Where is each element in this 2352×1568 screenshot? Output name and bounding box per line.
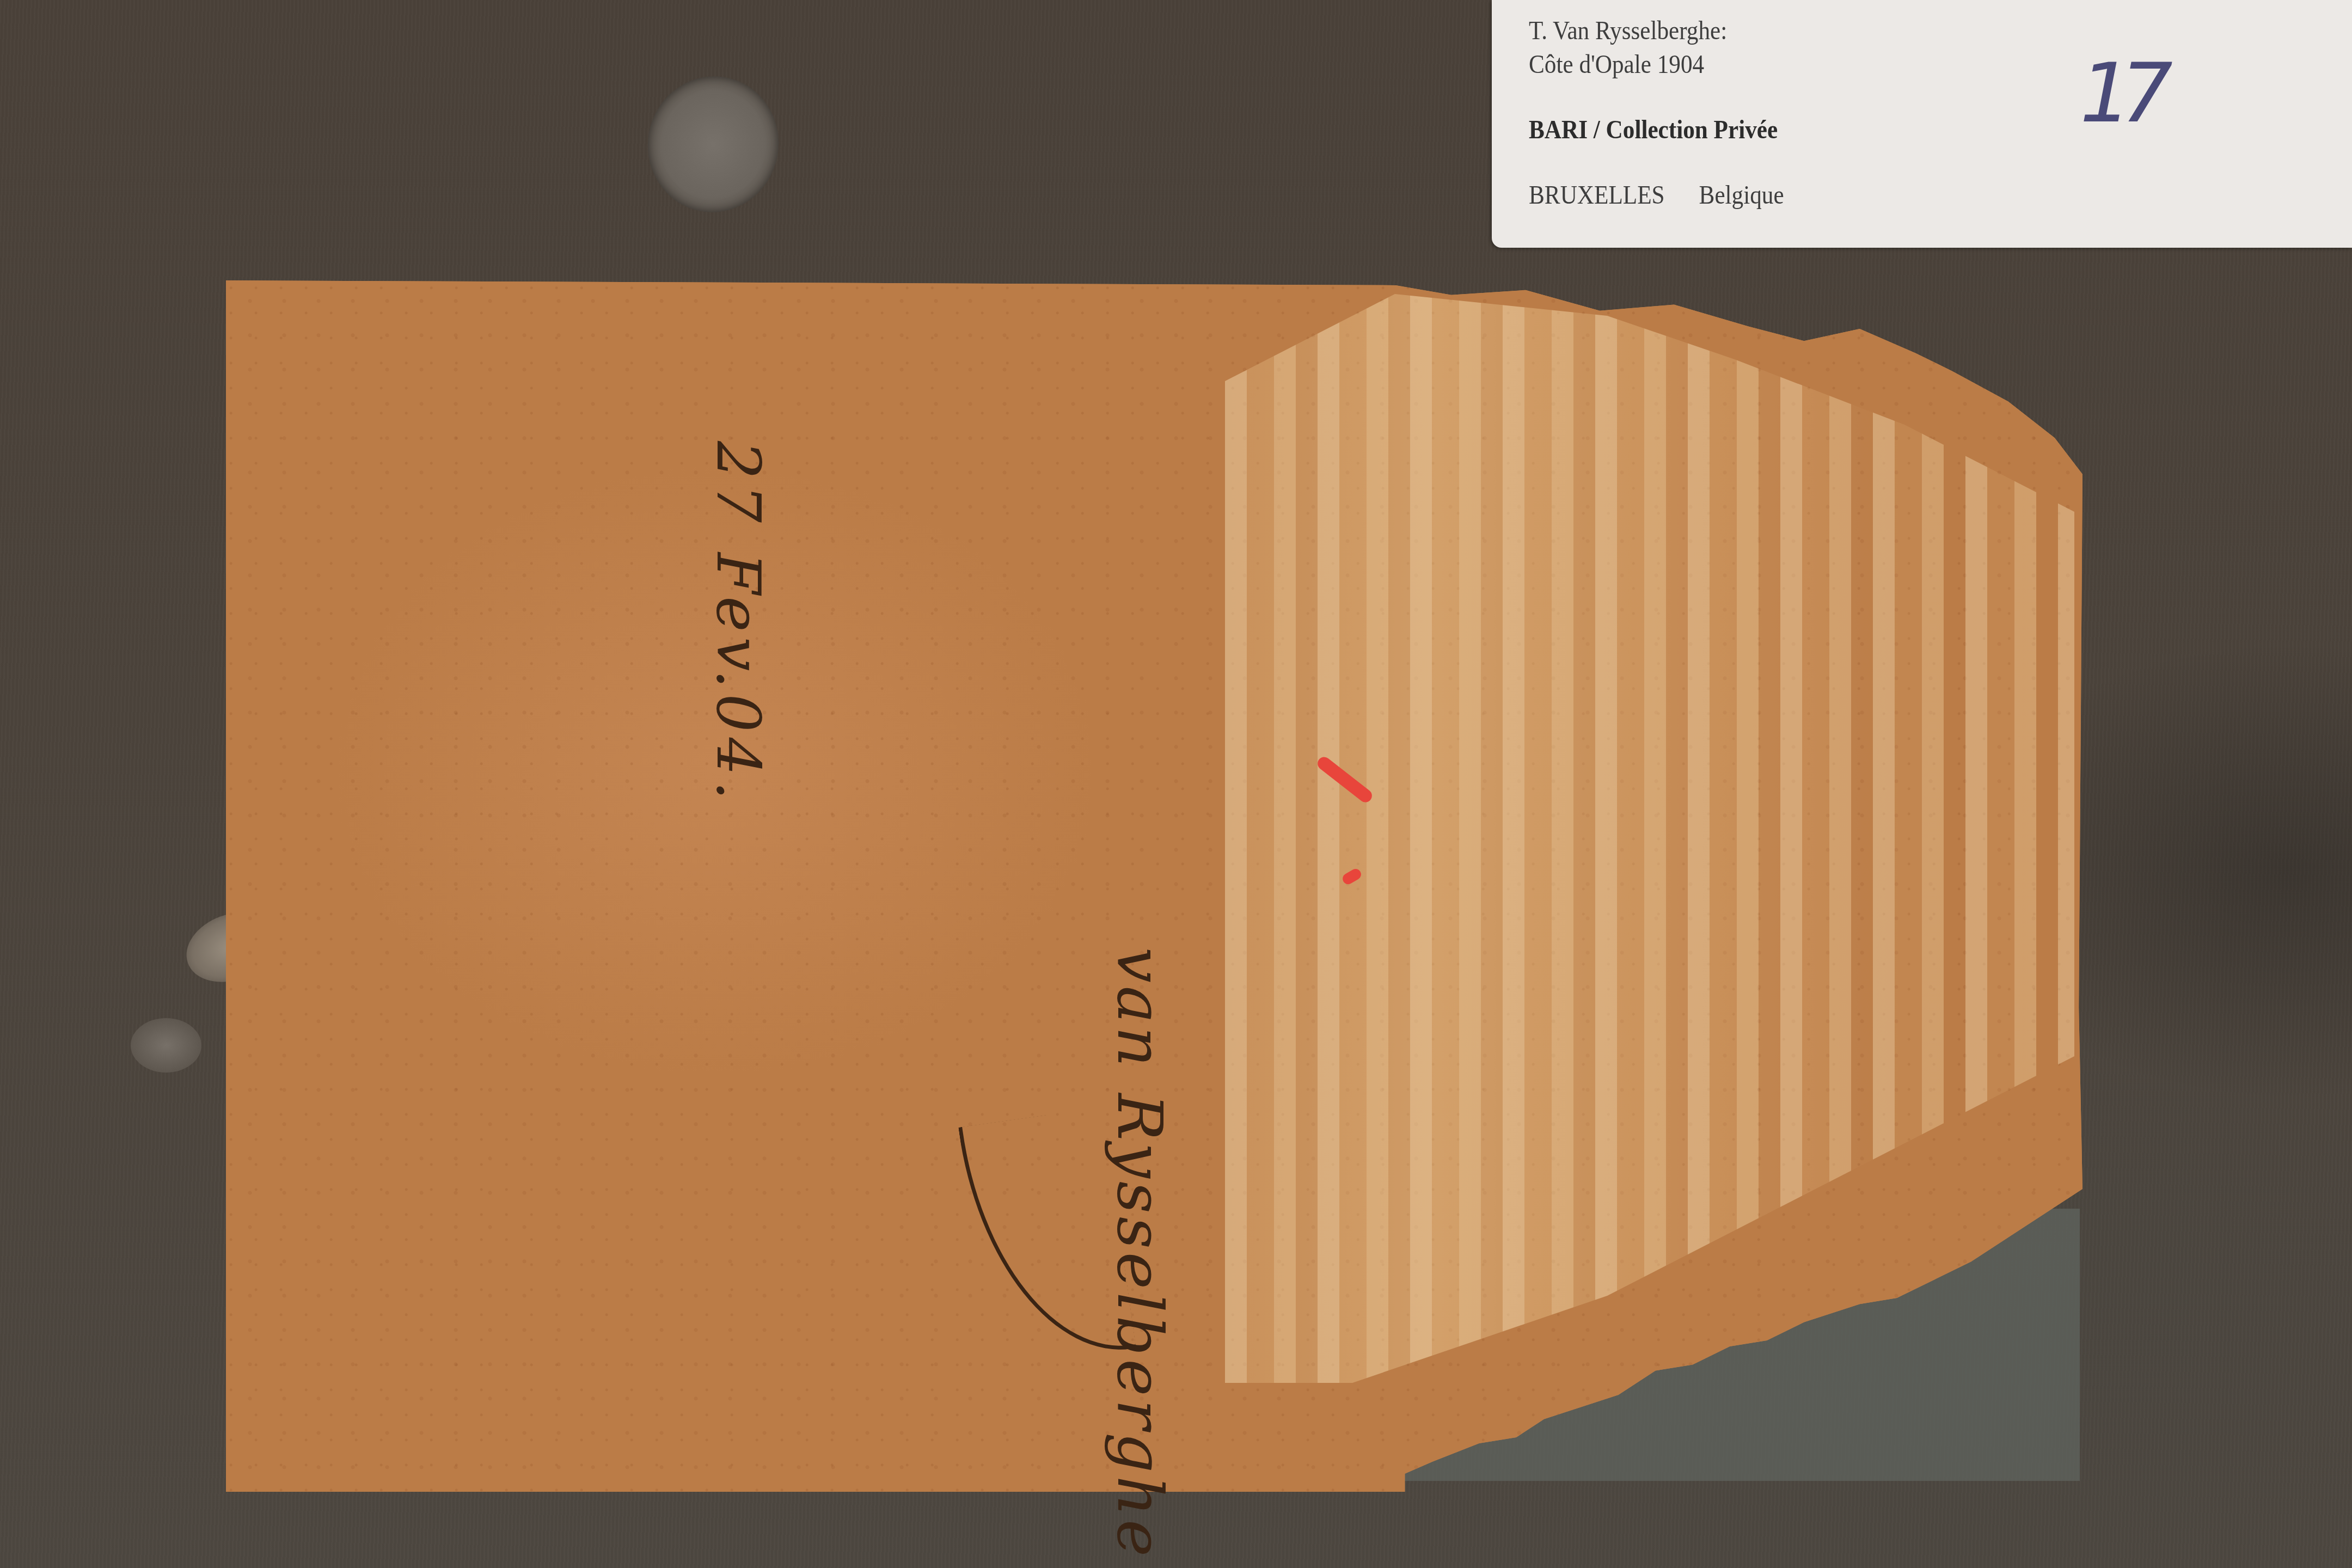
water-stain	[131, 1018, 201, 1073]
label-artist: T. Van Rysselberghe:	[1529, 18, 1727, 44]
handwritten-number: 17	[2080, 46, 2162, 141]
label-title-year: Côte d'Opale 1904	[1529, 52, 1704, 78]
label-country: Belgique	[1699, 181, 1784, 210]
date-inscription: 27 Fev.04.	[703, 441, 773, 805]
collection-label: T. Van Rysselberghe: Côte d'Opale 1904 B…	[1492, 0, 2352, 248]
label-city: BRUXELLES	[1529, 181, 1665, 210]
label-collection: BARI / Collection Privée	[1529, 117, 1778, 143]
label-location: BRUXELLESBelgique	[1529, 182, 1784, 209]
